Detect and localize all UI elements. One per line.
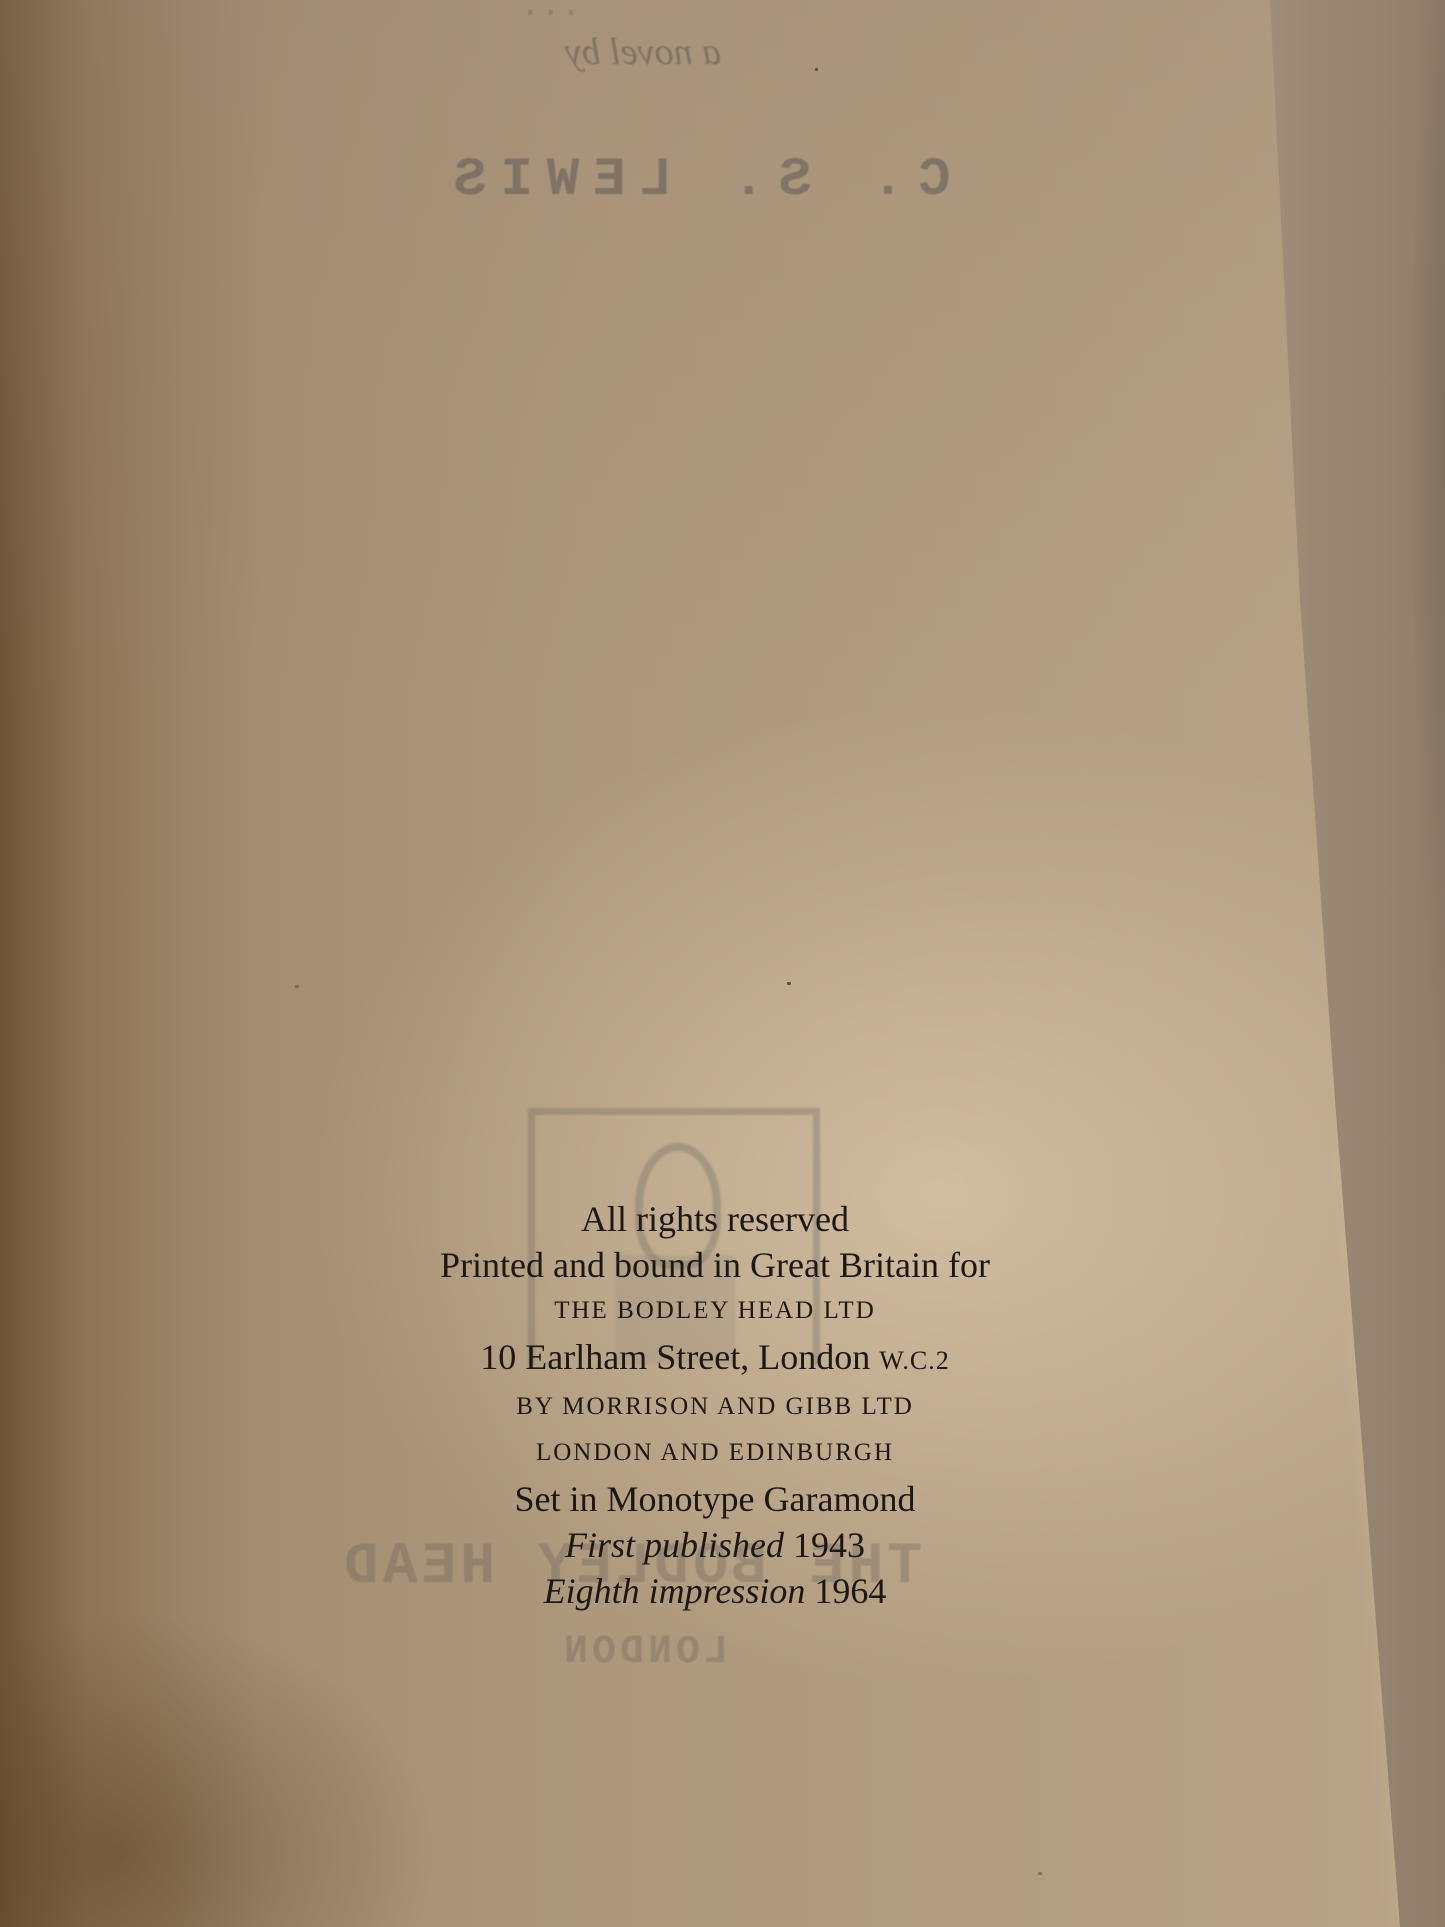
first-published-label: First published <box>565 1525 784 1565</box>
speck <box>1038 1872 1042 1875</box>
printer-location-line: LONDON AND EDINBURGH <box>300 1430 1130 1476</box>
show-through-title: ... <box>520 0 581 26</box>
page-shadow <box>0 1560 600 1927</box>
postcode-text: W.C.2 <box>879 1346 950 1375</box>
imprint-block: All rights reserved Printed and bound in… <box>300 1196 1130 1614</box>
page-tint <box>0 0 1445 700</box>
impression-year: 1964 <box>814 1571 886 1611</box>
next-page-shadow <box>1410 0 1445 1100</box>
first-published-year: 1943 <box>793 1525 865 1565</box>
typeface-line: Set in Monotype Garamond <box>300 1476 1130 1522</box>
impression-label: Eighth impression <box>544 1571 806 1611</box>
speck <box>787 982 791 985</box>
show-through-author: C. S. LEWIS <box>440 150 950 211</box>
book-photo: ... a novel by C. S. LEWIS THE BODLEY HE… <box>0 0 1445 1927</box>
impression-line: Eighth impression 1964 <box>300 1568 1130 1614</box>
publisher-line: THE BODLEY HEAD LTD <box>300 1288 1130 1334</box>
speck <box>295 985 299 988</box>
printed-for-line: Printed and bound in Great Britain for <box>300 1242 1130 1288</box>
show-through-city: LONDON <box>560 1630 728 1675</box>
first-published-line: First published 1943 <box>300 1522 1130 1568</box>
show-through-novel-by: a novel by <box>565 30 721 74</box>
printer-line: BY MORRISON AND GIBB LTD <box>300 1384 1130 1430</box>
rights-line: All rights reserved <box>300 1196 1130 1242</box>
address-text: 10 Earlham Street, London <box>480 1337 879 1377</box>
address-line: 10 Earlham Street, London W.C.2 <box>300 1334 1130 1384</box>
copyright-page: ... a novel by C. S. LEWIS THE BODLEY HE… <box>0 0 1445 1927</box>
speck <box>815 68 818 71</box>
